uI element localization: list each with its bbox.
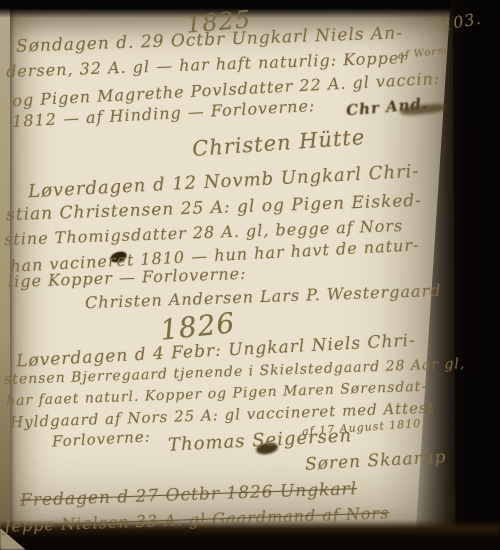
manuscript-photo: 1825103.Søndagen d. 29 Octbr Ungkarl Nie… (0, 0, 500, 550)
